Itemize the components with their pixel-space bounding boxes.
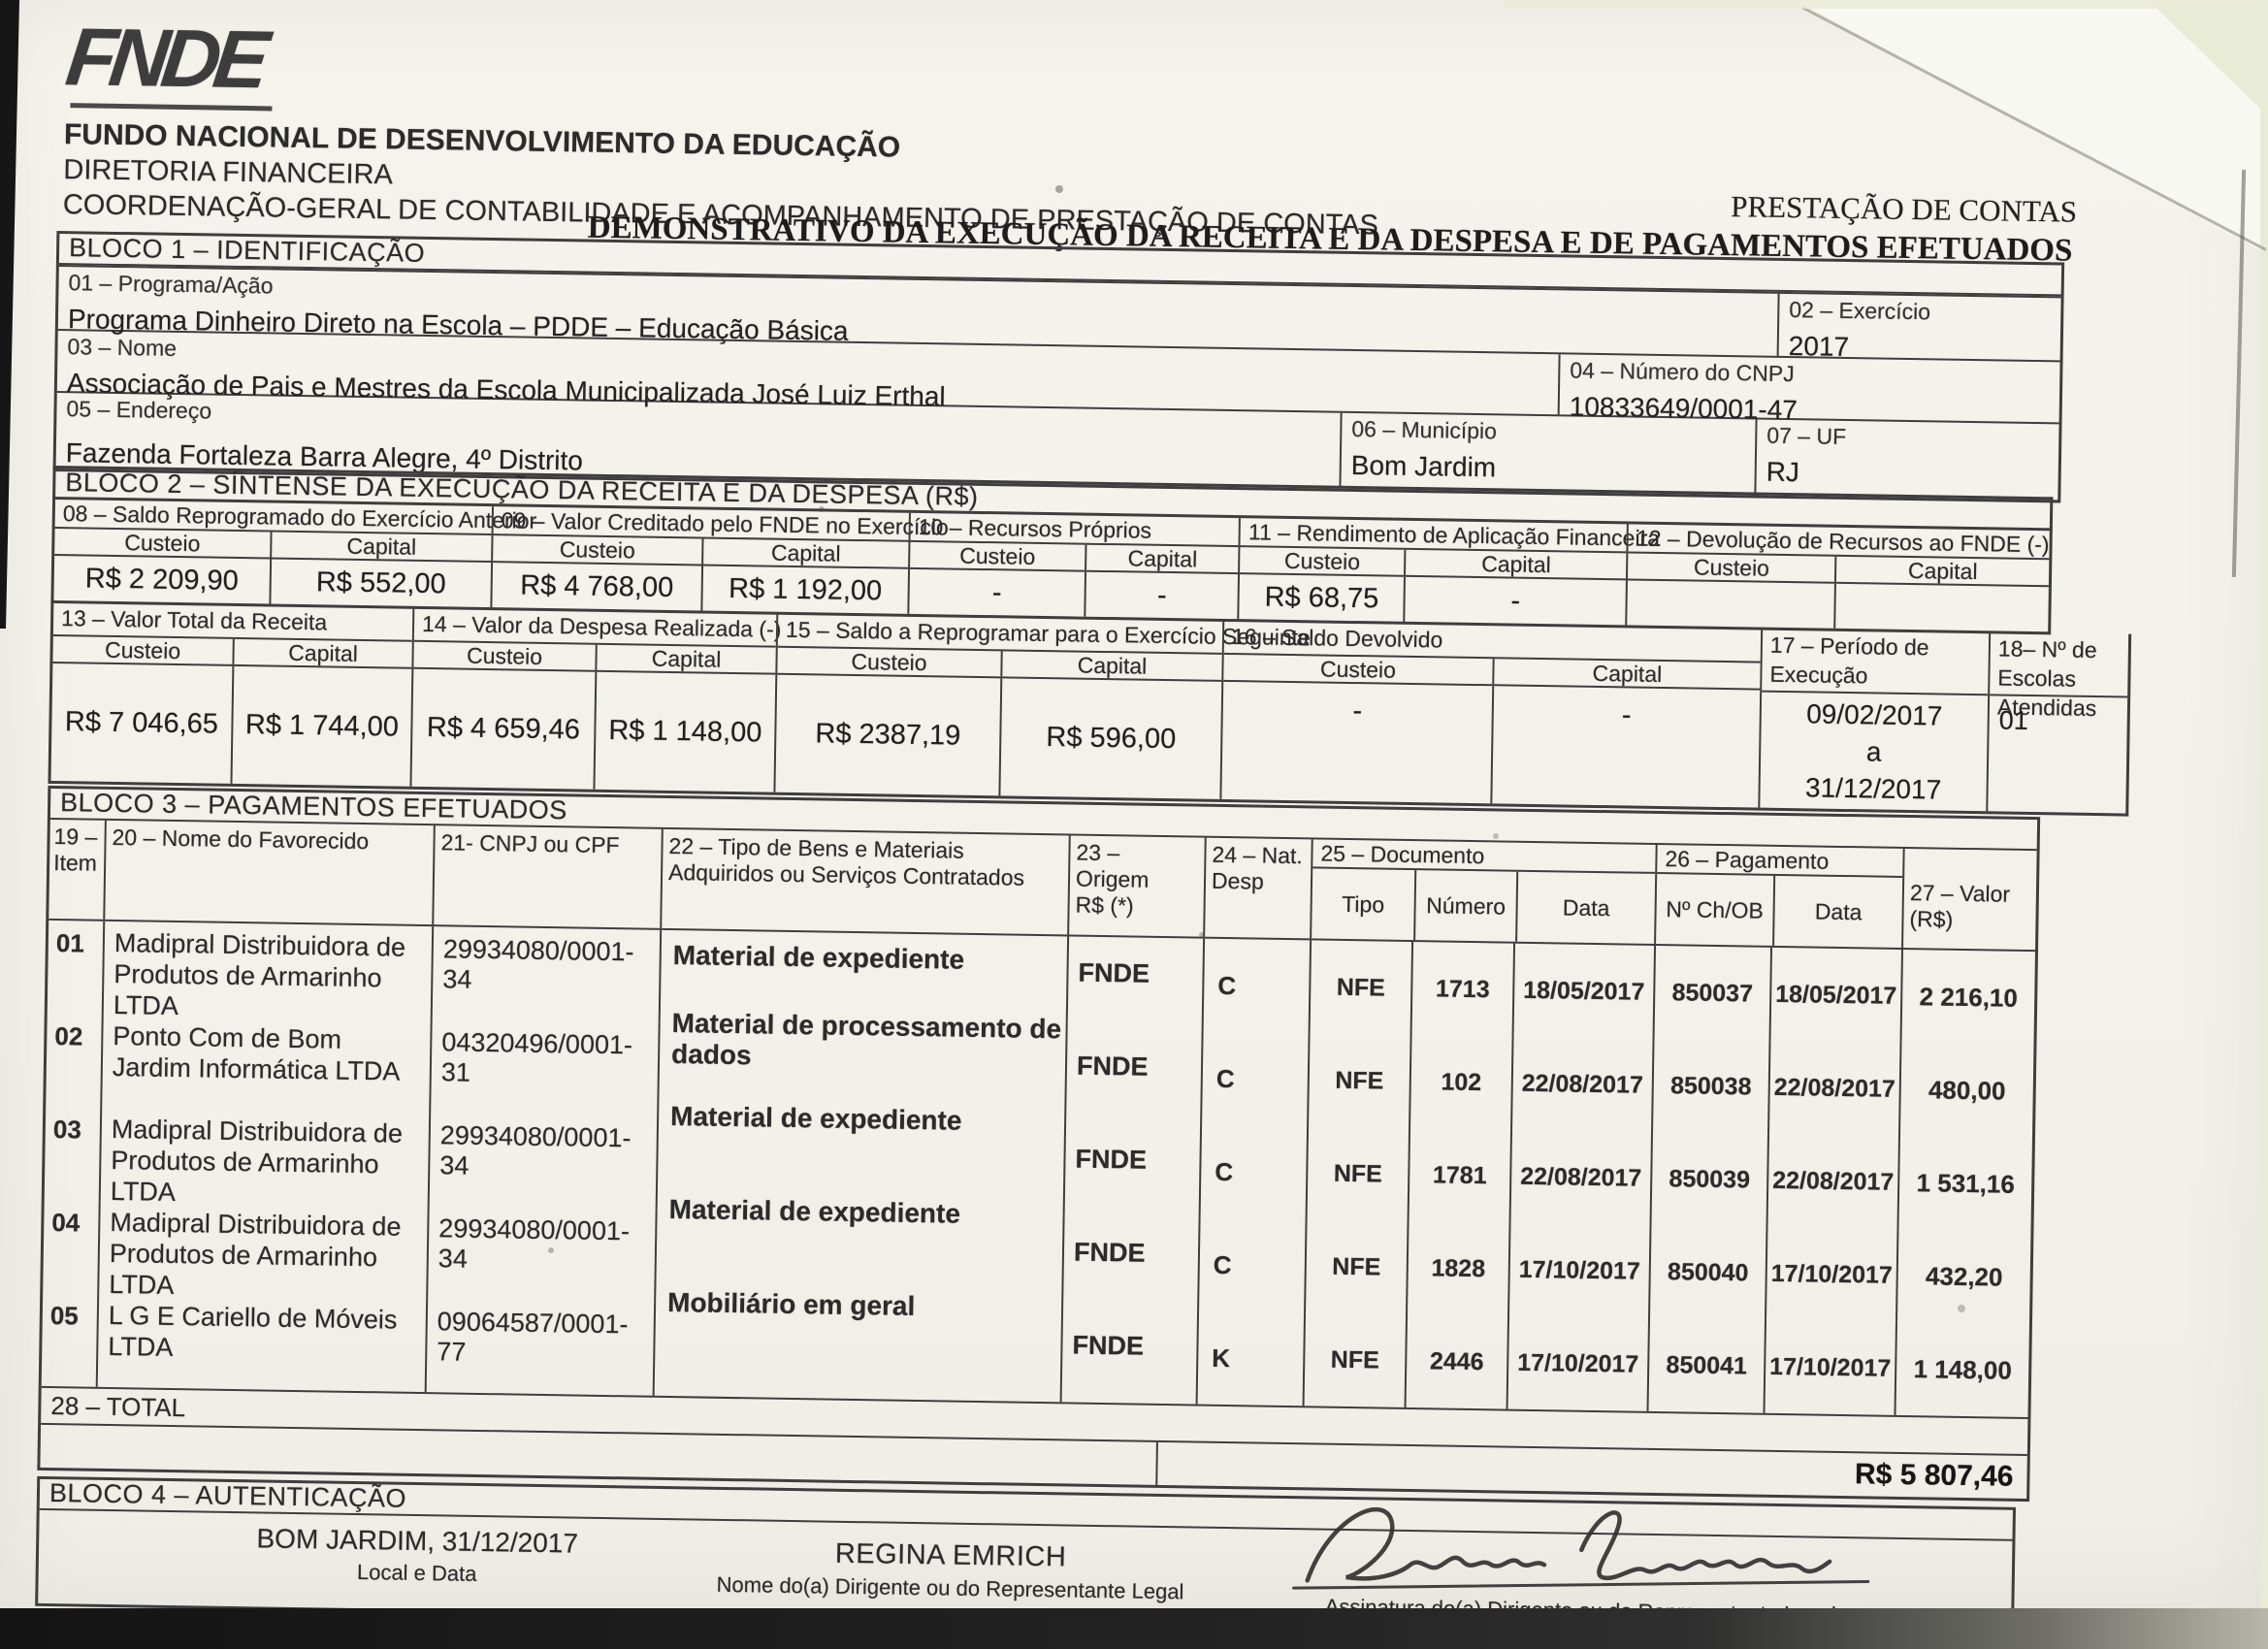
g12-custeio-value <box>1628 580 1835 628</box>
row-item: 02 <box>46 1014 102 1108</box>
scanned-document: FNDE FUNDO NACIONAL DE DESENVOLVIMENTO D… <box>0 0 2268 1649</box>
row-chob: 850041 <box>1647 1318 1765 1413</box>
nome-dirigente: REGINA EMRICH Nome do(a) Dirigente ou do… <box>659 1536 1242 1605</box>
escolas-value: 01 <box>1988 695 2127 813</box>
row-favorecido: L G E Cariello de Móveis LTDA <box>96 1294 426 1392</box>
bloco1-identificacao: BLOCO 1 – IDENTIFICAÇÃO 01 – Programa/Aç… <box>53 231 2065 502</box>
group-09-valor-creditado: 09 – Valor Creditado pelo FNDE no Exercí… <box>490 506 909 614</box>
row-origem: FNDE <box>1060 1309 1197 1404</box>
row-tipo-bens-text: Material de expediente <box>670 1101 1064 1138</box>
row-pag-data: 17/10/2017 <box>1763 1320 1895 1415</box>
uf-label: 07 – UF <box>1766 423 1846 449</box>
header-doc-data: Data <box>1515 872 1655 944</box>
row-origem: FNDE <box>1063 1122 1200 1217</box>
local-data-label: Local e Data <box>165 1557 669 1590</box>
g13-capital-value: R$ 1 744,00 <box>230 666 411 787</box>
row-doc-numero: 1828 <box>1406 1221 1508 1316</box>
g16-capital-value: - <box>1490 686 1760 807</box>
row-cnpj: 29934080/0001-34 <box>426 1206 655 1303</box>
dirigente-nome-value: REGINA EMRICH <box>835 1538 1067 1573</box>
header-item: 19 – Item <box>49 820 105 920</box>
row-doc-numero: 102 <box>1409 1035 1511 1130</box>
g14-capital-label: Capital <box>595 645 775 673</box>
g14-custeio-value: R$ 4 659,46 <box>411 669 595 790</box>
row-chob: 850040 <box>1648 1225 1766 1320</box>
g12-capital-value <box>1834 584 2049 631</box>
fnde-logo: FNDE <box>61 10 267 107</box>
row-nat: C <box>1199 1125 1307 1220</box>
row-cnpj: 29934080/0001-34 <box>428 1113 657 1210</box>
header-nat-desp: 24 – Nat. Desp <box>1203 838 1312 939</box>
row-cnpj: 09064587/0001-77 <box>425 1299 654 1396</box>
signature-scribble <box>1289 1491 1873 1608</box>
header-pag-data: Data <box>1772 876 1902 948</box>
cnpj-label: 04 – Número do CNPJ <box>1570 357 1795 386</box>
periodo-a: a <box>1866 736 1882 767</box>
header-pagamento: 26 – Pagamento <box>1657 845 1902 878</box>
g10-custeio-label: Custeio <box>910 542 1085 570</box>
header-origem-l2: R$ (*) <box>1075 892 1133 919</box>
row-favorecido: Ponto Com de Bom Jardim Informática LTDA <box>100 1015 430 1113</box>
row-favorecido: Madipral Distribuidora de Produtos de Ar… <box>102 921 432 1019</box>
bloco2-row2: 13 – Valor Total da Receita CusteioCapit… <box>48 601 2131 817</box>
row-pag-data: 18/05/2017 <box>1769 948 1901 1043</box>
scan-specks <box>0 0 4 4</box>
group-08-saldo-reprogramado: 08 – Saldo Reprogramado do Exercício Ant… <box>53 500 492 607</box>
g10-custeio-value: - <box>909 569 1085 617</box>
row-tipo-bens-text: Material de expediente <box>668 1194 1062 1231</box>
row-tipo-bens-text: Material de expediente <box>673 940 1067 977</box>
prestacao-de-contas-label: PRESTAÇÃO DE CONTAS <box>1731 189 2077 230</box>
group-10-recursos-proprios: 10 – Recursos Próprios CusteioCapital -- <box>907 513 1239 619</box>
group-17-periodo-execucao: 17 – Período de Execução 09/02/2017 a 31… <box>1758 629 1989 812</box>
g16-capital-label: Capital <box>1492 659 1760 688</box>
row-valor: 2 216,10 <box>1900 950 2035 1045</box>
row-origem: FNDE <box>1061 1215 1198 1310</box>
g11-capital-label: Capital <box>1404 550 1626 579</box>
local-data-value: BOM JARDIM, 31/12/2017 <box>256 1523 578 1558</box>
header-valor-l2: (R$) <box>1909 906 1953 932</box>
row-doc-numero: 1713 <box>1410 942 1513 1037</box>
row-pag-data: 17/10/2017 <box>1765 1227 1896 1322</box>
row-valor: 480,00 <box>1898 1043 2033 1138</box>
group-15-saldo-reprogramar: 15 – Saldo a Reprogramar para o Exercíci… <box>773 613 1222 799</box>
g14-capital-value: R$ 1 148,00 <box>593 672 775 792</box>
g14-label: 14 – Valor da Despesa Realizada (-) <box>414 607 777 648</box>
local-e-data: BOM JARDIM, 31/12/2017 Local e Data <box>165 1522 670 1590</box>
g08-custeio-value: R$ 2 209,90 <box>53 556 270 603</box>
programa-label: 01 – Programa/Ação <box>68 270 273 298</box>
row-doc-tipo: NFE <box>1309 940 1411 1035</box>
group-14-despesa-realizada: 14 – Valor da Despesa Realizada (-) Cust… <box>409 607 776 792</box>
row-item: 03 <box>45 1107 101 1201</box>
row-doc-data: 22/08/2017 <box>1510 1037 1652 1132</box>
row-doc-data: 17/10/2017 <box>1507 1316 1648 1411</box>
header-nat-l1: 24 – Nat. <box>1212 842 1303 868</box>
g15-custeio-label: Custeio <box>777 648 1000 677</box>
g16-custeio-label: Custeio <box>1223 655 1492 684</box>
g09-capital-label: Capital <box>701 538 908 566</box>
row-cnpj: 04320496/0001-31 <box>429 1019 658 1116</box>
row-nat: C <box>1202 939 1310 1034</box>
row-favorecido: Madipral Distribuidora de Produtos de Ar… <box>99 1108 429 1206</box>
g11-custeio-label: Custeio <box>1240 547 1404 575</box>
row-tipo-bens-text: Material de processamento de dados <box>671 1008 1066 1076</box>
g15-custeio-value: R$ 2387,19 <box>775 675 1000 796</box>
g13-custeio-label: Custeio <box>52 636 232 664</box>
header-origem-l1: 23 – Origem <box>1076 840 1150 892</box>
bloco3-pagamentos: BLOCO 3 – PAGAMENTOS EFETUADOS 19 – Item… <box>37 786 2040 1502</box>
row-cnpj: 29934080/0001-34 <box>431 926 660 1023</box>
group-11-rendimento: 11 – Rendimento de Aplicação Financeira … <box>1238 518 1628 625</box>
row-valor: 1 531,16 <box>1896 1136 2031 1231</box>
field-municipio: 06 – Município Bom Jardim <box>1339 413 1755 496</box>
row-chob: 850037 <box>1653 946 1770 1041</box>
g08-capital-value: R$ 552,00 <box>269 559 491 607</box>
row-nat: C <box>1197 1218 1305 1313</box>
group-13-valor-total: 13 – Valor Total da Receita CusteioCapit… <box>51 601 413 787</box>
row-doc-tipo: NFE <box>1303 1312 1406 1407</box>
row-doc-data: 22/08/2017 <box>1509 1130 1651 1225</box>
endereco-label: 05 – Endereço <box>66 396 211 423</box>
row-doc-numero: 2446 <box>1405 1314 1507 1409</box>
dirigente-nome-label: Nome do(a) Dirigente ou do Representante… <box>659 1571 1241 1605</box>
header-documento-group: 25 – Documento Tipo Número Data <box>1310 839 1656 944</box>
header-valor: 27 – Valor (R$) <box>1901 849 2037 950</box>
header-origem: 23 – Origem R$ (*) <box>1067 835 1205 936</box>
g09-custeio-value: R$ 4 768,00 <box>492 563 701 610</box>
row-chob: 850038 <box>1651 1039 1768 1134</box>
header-item-l2: Item <box>53 850 97 876</box>
row-item: 05 <box>42 1293 98 1387</box>
row-origem: FNDE <box>1066 936 1203 1031</box>
header-valor-l1: 27 – Valor <box>1910 880 2011 907</box>
g14-custeio-label: Custeio <box>413 642 595 670</box>
row-favorecido: Madipral Distribuidora de Produtos de Ar… <box>97 1201 427 1299</box>
row-chob: 850039 <box>1650 1132 1767 1227</box>
row-valor: 1 148,00 <box>1894 1322 2028 1417</box>
header-pagamento-group: 26 – Pagamento Nº Ch/OB Data <box>1654 845 1903 948</box>
g13-custeio-value: R$ 7 046,65 <box>51 663 233 784</box>
g13-capital-label: Capital <box>232 639 411 667</box>
municipio-value: Bom Jardim <box>1351 450 1755 488</box>
header-tipo-bens: 22 – Tipo de Bens e Materiais Adquiridos… <box>660 829 1069 935</box>
scan-edge-top <box>1504 0 2260 9</box>
nome-label: 03 – Nome <box>67 334 177 361</box>
g17-label: 17 – Período de Execução <box>1762 629 1989 696</box>
row-doc-tipo: NFE <box>1307 1033 1409 1128</box>
group-18-escolas-atendidas: 18– Nº de Escolas Atendidas 01 <box>1986 631 2128 813</box>
g09-capital-value: R$ 1 192,00 <box>700 566 908 613</box>
row-doc-tipo: NFE <box>1306 1126 1409 1221</box>
row-doc-numero: 1781 <box>1408 1128 1510 1223</box>
g10-capital-label: Capital <box>1085 545 1239 572</box>
header-doc-tipo: Tipo <box>1312 868 1414 940</box>
row-nat: K <box>1196 1311 1304 1406</box>
org-directorate-line: DIRETORIA FINANCEIRA <box>63 154 393 191</box>
header-favorecido: 20 – Nome do Favorecido <box>103 821 434 924</box>
row-doc-tipo: NFE <box>1304 1219 1407 1314</box>
municipio-label: 06 – Município <box>1351 416 1497 443</box>
g13-label: 13 – Valor Total da Receita <box>53 601 413 642</box>
row-valor: 432,20 <box>1895 1229 2030 1324</box>
header-item-l1: 19 – <box>53 824 97 850</box>
row-pag-data: 22/08/2017 <box>1767 1041 1899 1136</box>
uf-value: RJ <box>1766 457 2057 493</box>
periodo-fim: 31/12/2017 <box>1805 772 1942 805</box>
header-cnpj: 21- CNPJ ou CPF <box>432 825 662 928</box>
g08-custeio-label: Custeio <box>54 529 270 557</box>
g16-custeio-value: - <box>1221 682 1492 803</box>
row-pag-data: 22/08/2017 <box>1766 1134 1898 1229</box>
scan-bottom-bar-artifact <box>0 1608 2268 1649</box>
g12-custeio-label: Custeio <box>1628 553 1834 581</box>
row-item: 04 <box>43 1200 99 1294</box>
row-nat: C <box>1200 1032 1308 1127</box>
row-doc-data: 17/10/2017 <box>1507 1223 1649 1318</box>
g12-capital-label: Capital <box>1834 557 2049 585</box>
row-item: 01 <box>48 921 104 1015</box>
header-nat-l2: Desp <box>1212 868 1264 894</box>
periodo-value: 09/02/2017 a 31/12/2017 <box>1760 693 1988 812</box>
exercicio-label: 02 – Exercício <box>1789 297 1930 324</box>
header-doc-numero: Número <box>1413 870 1516 942</box>
g11-custeio-value: R$ 68,75 <box>1240 574 1405 622</box>
g15-capital-value: R$ 596,00 <box>998 678 1221 799</box>
g09-custeio-label: Custeio <box>493 535 701 564</box>
field-uf: 07 – UF RJ <box>1754 420 2058 501</box>
g08-capital-label: Capital <box>270 532 491 561</box>
periodo-inicio: 09/02/2017 <box>1806 698 1943 731</box>
g11-capital-value: - <box>1404 577 1627 626</box>
g10-capital-value: - <box>1084 572 1238 619</box>
row-doc-data: 18/05/2017 <box>1512 944 1654 1039</box>
field-exercicio: 02 – Exercício 2017 <box>1777 294 2061 361</box>
row-tipo-bens-text: Mobiliário em geral <box>667 1287 1061 1324</box>
form-content: FNDE FUNDO NACIONAL DE DESENVOLVIMENTO D… <box>35 10 2058 1641</box>
group-12-devolucao: 12 – Devolução de Recursos ao FNDE (-) C… <box>1626 524 2050 631</box>
row-origem: FNDE <box>1064 1029 1201 1124</box>
g18-label: 18– Nº de Escolas Atendidas <box>1990 631 2128 697</box>
row-tipo-bens: Mobiliário em geral <box>653 1303 1061 1403</box>
header-chob: Nº Ch/OB <box>1656 874 1773 946</box>
g15-capital-label: Capital <box>1000 651 1221 680</box>
group-16-saldo-devolvido: 16 – Saldo Devolvido CusteioCapital -- <box>1219 620 1761 808</box>
field-cnpj: 04 – Número do CNPJ 10833649/0001-47 <box>1558 354 2060 422</box>
